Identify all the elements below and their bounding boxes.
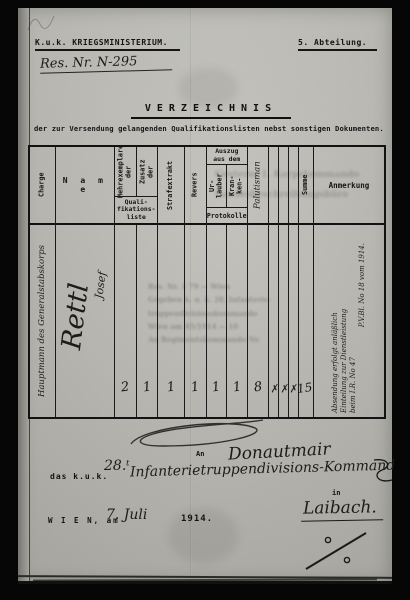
in-label: in	[332, 489, 340, 497]
document-subtitle: der zur Versendung gelangenden Qualifika…	[34, 124, 390, 133]
an-label: An	[196, 450, 204, 458]
title-row: VERZEICHNIS	[18, 96, 392, 119]
name-header-label: N a m e	[56, 147, 114, 223]
anmerkung-line: Einteilung zur Dienstleistung	[340, 229, 349, 413]
blank-header-2	[279, 147, 288, 225]
division-number-handwritten: 28.ᵗ	[104, 458, 130, 474]
auszug-aus-dem-label: Auszug aus dem	[207, 147, 247, 165]
revers-label: Revers	[185, 147, 206, 223]
blank-header-3	[289, 147, 298, 225]
division-slash-mark	[300, 526, 375, 574]
zusatz-label: Zusatz der	[137, 147, 158, 196]
division-name-handwritten: Infanterietruppendivisions-Kommand	[130, 458, 396, 481]
column-name: N a m e Josef Rettl	[56, 147, 115, 417]
quali-top-left-cell: Mehrexemplare der	[115, 147, 137, 196]
handwritten-column-label: Palutisman	[248, 147, 269, 223]
column-header-strafextrakt: Strafextrakt	[158, 147, 184, 225]
column-blank-3: ✗	[289, 147, 299, 417]
column-revers: Revers 1	[185, 147, 207, 417]
column-header-charge: Charge	[30, 147, 55, 225]
pencil-scribble	[24, 10, 64, 34]
handwritten-column-value: 8	[253, 379, 263, 395]
column-anmerkung: Anmerkung Absendung erfolgt anläßlich Ei…	[314, 147, 384, 417]
qualifikationsliste-shared-label: Quali- fikations- liste	[115, 196, 157, 223]
first-name-handwritten: Josef	[92, 228, 115, 299]
urlauber-cell: 1	[207, 225, 227, 417]
year-label: 1914.	[181, 514, 213, 524]
column-handwritten-addition: Palutisman 8	[248, 147, 270, 417]
kranken-value: 1	[232, 379, 242, 395]
column-charge: Charge Hauptmann des Generalstabskorps	[30, 147, 56, 417]
urlauber-label: Ur- lauber	[207, 165, 226, 207]
mehrexemplare-cell: 2	[115, 225, 137, 417]
column-summe: Summe 15	[299, 147, 314, 417]
blank-header-1	[269, 147, 278, 225]
kranken-cell: 1	[227, 225, 246, 417]
handwritten-column-cell: 8	[248, 225, 269, 417]
strafextrakt-cell: 1	[158, 225, 184, 417]
anmerkung-handwritten-note: Absendung erfolgt anläßlich Einteilung z…	[331, 229, 367, 413]
mehrexemplare-label: Mehrexemplare der	[115, 147, 136, 196]
column-header-handwritten: Palutisman	[248, 147, 269, 225]
document-title: VERZEICHNIS	[131, 103, 291, 119]
column-group-qualifikationsliste: Mehrexemplare der Zusatz der Quali- fika…	[115, 147, 158, 417]
quali-group-body: 2 1	[115, 225, 157, 417]
protokolle-shared-label: Protokolle	[207, 207, 247, 223]
reference-number-handwritten: Res. Nr. N-295	[40, 53, 172, 73]
revers-cell: 1	[185, 225, 206, 417]
column-header-revers: Revers	[185, 147, 206, 225]
anmerkung-line: P.V.Bl. No 18 vom 1914.	[358, 229, 367, 413]
name-cell: Josef Rettl	[56, 225, 114, 417]
column-group-auszug-protokolle: Auszug aus dem Ur- lauber Kran- ken- Pro…	[207, 147, 248, 417]
charge-cell: Hauptmann des Generalstabskorps	[30, 225, 55, 417]
column-header-name: N a m e	[56, 147, 114, 225]
summe-label: Summe	[299, 147, 313, 223]
strafextrakt-label: Strafextrakt	[158, 147, 184, 223]
quali-group-header: Mehrexemplare der Zusatz der Quali- fika…	[115, 147, 157, 225]
surname-handwritten: Rettl	[56, 281, 95, 351]
summe-value: 15	[296, 380, 313, 396]
column-strafextrakt: Strafextrakt 1	[158, 147, 185, 417]
destination-city-handwritten: Laibach.	[301, 497, 383, 521]
anmerkung-label: Anmerkung	[314, 147, 384, 223]
zusatz-value: 1	[142, 379, 152, 395]
crossed-out-mark: ✗	[269, 383, 279, 396]
document-page: Gestern: 1. Korpskommando Landesbeschrei…	[18, 8, 392, 584]
anmerkung-cell: Absendung erfolgt anläßlich Einteilung z…	[314, 225, 384, 417]
revers-value: 1	[190, 379, 200, 395]
charge-handwritten-value: Hauptmann des Generalstabskorps	[37, 228, 47, 414]
blank-cell-1: ✗	[269, 225, 278, 417]
page-edge-line	[18, 581, 392, 584]
anmerkung-line: beim I.R. No 47	[349, 229, 358, 413]
mehrexemplare-value: 2	[120, 379, 130, 395]
quali-top-right-cell: Zusatz der	[137, 147, 158, 196]
zusatz-cell: 1	[137, 225, 158, 417]
auszug-group-mid: Ur- lauber Kran- ken-	[207, 165, 247, 207]
summe-cell: 15	[299, 225, 313, 417]
ministry-letterhead: K.u.k. KRIEGSMINISTERIUM.	[35, 38, 180, 51]
urlauber-header-cell: Ur- lauber	[207, 165, 227, 207]
anmerkung-line: Absendung erfolgt anläßlich	[331, 229, 340, 413]
das-kuk-label: das k.u.k.	[50, 472, 108, 481]
date-handwritten: 7. Juli	[106, 507, 147, 523]
stacked-page-edges	[18, 575, 392, 584]
auszug-group-header: Auszug aus dem Ur- lauber Kran- ken- Pro…	[207, 147, 247, 225]
kranken-header-cell: Kran- ken-	[227, 165, 246, 207]
column-blank-1: ✗	[269, 147, 279, 417]
department-label: 5. Abteilung.	[298, 38, 377, 51]
quali-group-top: Mehrexemplare der Zusatz der	[115, 147, 157, 196]
column-blank-2: ✗	[279, 147, 289, 417]
strafextrakt-value: 1	[166, 379, 176, 395]
auszug-group-body: 1 1	[207, 225, 247, 417]
column-header-anmerkung: Anmerkung	[314, 147, 384, 225]
scanned-document-photo: { "document": { "header": { "left": "K.u…	[0, 0, 410, 600]
verzeichnis-table: Charge Hauptmann des Generalstabskorps N…	[28, 145, 386, 419]
column-header-summe: Summe	[299, 147, 313, 225]
urlauber-value: 1	[211, 379, 221, 395]
blank-cell-2: ✗	[279, 225, 288, 417]
charge-header-label: Charge	[30, 147, 55, 223]
kranken-label: Kran- ken-	[227, 165, 246, 207]
